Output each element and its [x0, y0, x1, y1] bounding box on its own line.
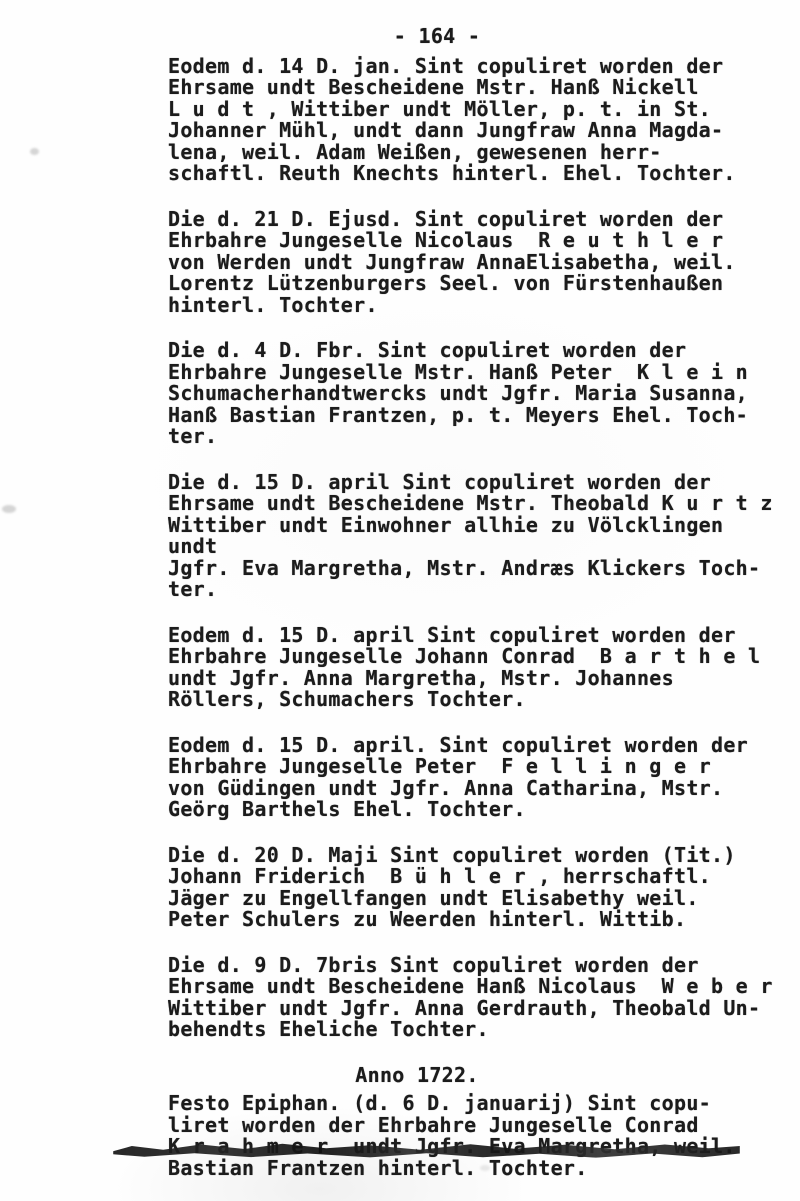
marriage-record-entry: Die d. 20 D. Maji Sint copuliret worden …: [168, 845, 776, 931]
scan-artifact-speck: [480, 1165, 490, 1171]
scan-artifact-speck: [2, 505, 16, 513]
scan-artifact-speck: [30, 148, 39, 155]
page-number: - 164 -: [168, 26, 706, 48]
marriage-record-entry: Eodem d. 14 D. jan. Sint copuliret worde…: [168, 56, 776, 185]
marriage-record-entry: Die d. 9 D. 7bris Sint copuliret worden …: [168, 955, 776, 1041]
year-section-heading: Anno 1722.: [168, 1065, 666, 1087]
marriage-record-entry: Eodem d. 15 D. april. Sint copuliret wor…: [168, 735, 776, 821]
marriage-record-entry: Die d. 21 D. Ejusd. Sint copuliret worde…: [168, 209, 776, 317]
marriage-record-entry: Festo Epiphan. (d. 6 D. januarij) Sint c…: [168, 1093, 776, 1179]
marriage-record-entry: Die d. 15 D. april Sint copuliret worden…: [168, 472, 776, 601]
marriage-record-entry: Die d. 4 D. Fbr. Sint copuliret worden d…: [168, 340, 776, 448]
scanned-page: - 164 - Eodem d. 14 D. jan. Sint copulir…: [168, 26, 776, 1201]
marriage-record-entry: Eodem d. 15 D. april Sint copuliret word…: [168, 625, 776, 711]
